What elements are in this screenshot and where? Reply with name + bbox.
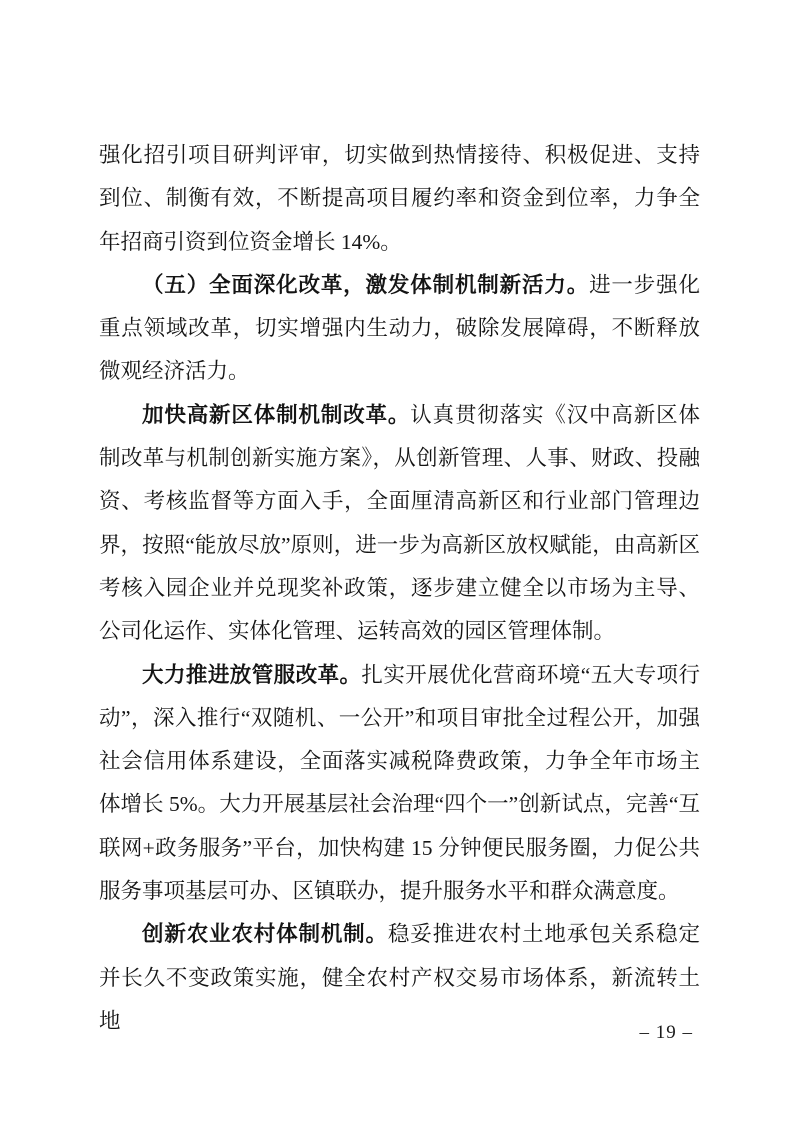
document-page: 强化招引项目研判评审，切实做到热情接待、积极促进、支持到位、制衡有效，不断提高项… <box>0 0 793 1122</box>
paragraph-lead: （五）全面深化改革，激发体制机制新活力。 <box>142 273 589 297</box>
paragraph-lead: 加快高新区体制机制改革。 <box>142 403 410 427</box>
page-number: – 19 – <box>640 1022 694 1044</box>
paragraph-text: 认真贯彻落实《汉中高新区体制改革与机制创新实施方案》，从创新管理、人事、财政、投… <box>99 403 700 643</box>
paragraph-text: 强化招引项目研判评审，切实做到热情接待、积极促进、支持到位、制衡有效，不断提高项… <box>99 143 700 254</box>
paragraph-text: 扎实开展优化营商环境“五大专项行动”，深入推行“双随机、一公开”和项目审批全过程… <box>99 663 700 903</box>
paragraph: 加快高新区体制机制改革。认真贯彻落实《汉中高新区体制改革与机制创新实施方案》，从… <box>99 394 700 654</box>
paragraph: 创新农业农村体制机制。稳妥推进农村土地承包关系稳定并长久不变政策实施，健全农村产… <box>99 913 700 1043</box>
paragraph-lead: 大力推进放管服改革。 <box>142 663 361 687</box>
paragraph-lead: 创新农业农村体制机制。 <box>142 922 388 946</box>
paragraph: 强化招引项目研判评审，切实做到热情接待、积极促进、支持到位、制衡有效，不断提高项… <box>99 134 700 264</box>
paragraph: （五）全面深化改革，激发体制机制新活力。进一步强化重点领域改革，切实增强内生动力… <box>99 264 700 394</box>
document-body: 强化招引项目研判评审，切实做到热情接待、积极促进、支持到位、制衡有效，不断提高项… <box>99 134 700 1043</box>
paragraph: 大力推进放管服改革。扎实开展优化营商环境“五大专项行动”，深入推行“双随机、一公… <box>99 654 700 914</box>
